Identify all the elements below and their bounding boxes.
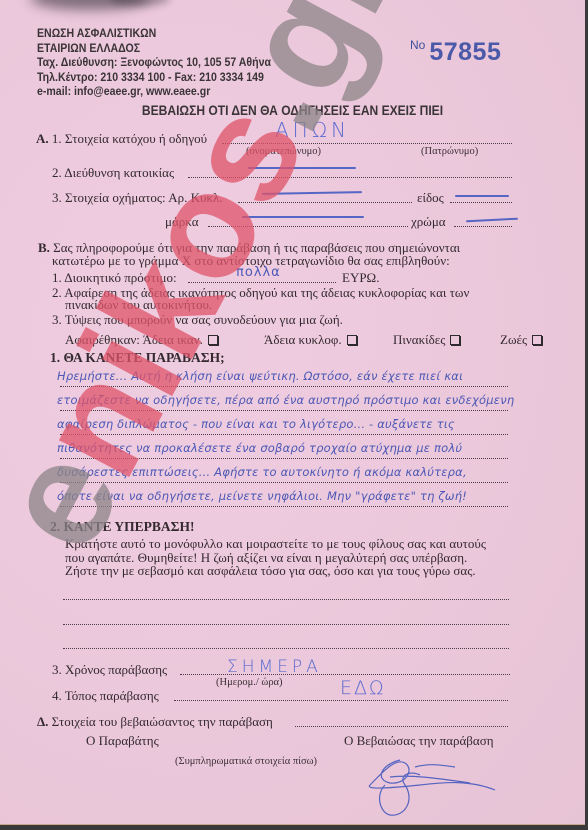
handwritten-field-line [60,386,508,387]
fine-label: 1. Διοικητικό πρόστιμο: [52,270,177,286]
checkbox-plates-label: Πινακίδες [393,332,445,347]
checkbox-lives[interactable]: Ζωές [500,332,542,348]
fullname-hint: (ονοματεπώνυμο) [246,146,321,157]
handwritten-field-line [60,410,508,411]
handwritten-line: όποτε είναι να οδηγήσετε, μείνετε νηφάλι… [57,489,467,503]
fine-field[interactable] [188,282,336,283]
vehicle-plate-label: 3. Στοιχεία οχήματος: Αρ. Κυκλ. [52,190,223,206]
handwritten-field-line [60,482,508,483]
time-hint: (Ημερομ./ ώρα) [216,677,283,688]
handwritten-field-line [60,458,508,459]
handwritten-line: πιθανότητες να προκαλέσετε ένα σοβαρό τρ… [57,441,462,455]
checkbox-icon[interactable] [450,335,460,345]
section-2-text: Κρατήστε αυτό το μονόφυλλο και μοιραστεί… [65,537,565,578]
checkbox-registration-label: Άδεια κυκλοφ. [264,332,342,347]
section-d-row: Δ. Στοιχεία του βεβαιώσαντος την παράβασ… [37,714,273,730]
supplementary-note: (Συμπληρωματικά στοιχεία πίσω) [175,756,317,767]
address-label: 2. Διεύθυνση κατοικίας [52,165,174,181]
signature-icon [360,755,500,820]
org-name-line2: ΕΤΑΙΡΙΩΝ ΕΛΛΑΔΟΣ [37,41,271,56]
org-phone: Τηλ.Κέντρο: 210 3334 100 - Fax: 210 3334… [37,70,271,85]
certifier-label: Ο Βεβαιώσας την παράβαση [344,733,494,749]
owner-label: 1. Στοιχεία κατόχου ή οδηγού [52,131,207,146]
organization-header: ΕΝΩΣΗ ΑΣΦΑΛΙΣΤΙΚΩΝ ΕΤΑΙΡΙΩΝ ΕΛΛΑΔΟΣ Ταχ.… [37,26,271,99]
color-label: χρώμα [411,214,446,230]
section-2-text-line: Ζήστε την με σεβασμό και ασφάλεια τόσο γ… [65,564,565,578]
license-removal-line2: πινακίδων του αυτοκινήτου. [65,297,212,313]
org-name-line1: ΕΝΩΣΗ ΑΣΦΑΛΙΣΤΙΚΩΝ [37,26,271,41]
place-label: 4. Τόπος παράβασης [52,688,159,704]
section-2-text-line: Κρατήστε αυτό το μονόφυλλο και μοιραστεί… [65,537,565,551]
handwritten-field-line [60,506,508,507]
vehicle-plate-field[interactable] [238,202,412,203]
serial-prefix: No [410,38,425,52]
checkbox-icon[interactable] [532,335,542,345]
org-email: e-mail: info@eaee.gr, www.eaee.gr [37,84,271,99]
time-label: 3. Χρόνος παράβασης [52,662,167,678]
owner-field[interactable] [222,143,512,144]
checkbox-license[interactable]: Άδεια ικαν. [142,332,217,347]
org-address: Ταχ. Διεύθυνση: Ξενοφώντος 10, 105 57 Αθ… [37,55,271,70]
fine-value: πολλα [236,265,281,280]
kind-strikeline [455,195,509,197]
place-value: ΕΔΩ [340,677,386,699]
handwritten-field-line [60,434,508,435]
address-strikeline [248,167,356,169]
blank-field-line[interactable] [63,624,509,625]
time-value: ΣΗΜΕΡΑ [227,657,322,677]
place-field[interactable] [174,700,508,701]
checkbox-plates[interactable]: Πινακίδες [393,332,460,348]
certifier-field[interactable] [295,726,508,727]
checkbox-icon[interactable] [208,335,218,345]
father-name-hint: (Πατρώνυμο) [421,146,478,157]
handwritten-line: Ηρεμήστε... Αυτή η κλήση είναι ψεύτικη. … [57,369,505,383]
section-1-heading: 1. ΘΑ ΚΑΝΕΤΕ ΠΑΡΑΒΑΣΗ; [50,350,225,366]
handwritten-line: δυσάρεστες επιπτώσεις... Αφήστε το αυτοκ… [57,465,467,479]
section-a-letter: Α. [36,131,49,146]
brand-strikeline [242,216,364,218]
section-d-letter: Δ. [37,714,48,729]
blank-field-line[interactable] [63,599,509,600]
section-2-heading: 2. ΚΑΝΤΕ ΥΠΕΡΒΑΣΗ! [50,519,194,535]
form-paper: ΕΝΩΣΗ ΑΣΦΑΛΙΣΤΙΚΩΝ ΕΤΑΙΡΙΩΝ ΕΛΛΑΔΟΣ Ταχ.… [0,0,585,825]
section-b-letter: Β. [38,240,50,255]
color-strikeline [466,218,518,222]
vehicle-kind-field[interactable] [450,202,512,203]
serial-number: No57855 [410,38,501,67]
fine-currency: ΕΥΡΩ. [342,270,379,286]
owner-value: ΑΠΩΝ [275,118,350,142]
blank-field-line[interactable] [63,648,509,649]
brand-field[interactable] [208,226,408,227]
handwritten-line: αφαίρεση διπλώματος - που είναι και το λ… [57,417,455,431]
address-field[interactable] [188,177,512,178]
checkbox-license-label: Άδεια ικαν. [142,332,202,347]
checkbox-registration[interactable]: Άδεια κυκλοφ. [264,332,357,348]
color-field[interactable] [454,226,512,227]
brand-label: μάρκα [165,214,199,230]
section-a-item1: Α. 1. Στοιχεία κατόχου ή οδηγού [36,131,207,147]
checkbox-icon[interactable] [347,335,357,345]
remorse-line: 3. Τύψεις που μπορούν να σας συνοδεύουν … [52,312,343,328]
removed-row: Αφαιρέθηκαν: Άδεια ικαν. [65,332,218,348]
document-title: ΒΕΒΑΙΩΣΗ ΟΤΙ ΔΕΝ ΘΑ ΟΔΗΓΗΣΕΙΣ ΕΑΝ ΕΧΕΙΣ … [29,103,556,118]
offender-label: Ο Παραβάτης [86,733,159,749]
checkbox-lives-label: Ζωές [500,332,527,347]
removed-label: Αφαιρέθηκαν: [65,332,140,347]
serial-value: 57855 [429,38,501,66]
handwritten-line: ετοιμάζεστε να οδηγήσετε, πέρα από ένα α… [57,393,514,407]
section-2-text-line: που αγαπάτε. Θυμηθείτε! Η ζωή αξίζει να … [65,551,565,565]
plate-strikeline [262,191,362,194]
section-d-label: Στοιχεία του βεβαιώσαντος την παράβαση [52,714,273,729]
vehicle-kind-label: είδος [417,190,444,206]
